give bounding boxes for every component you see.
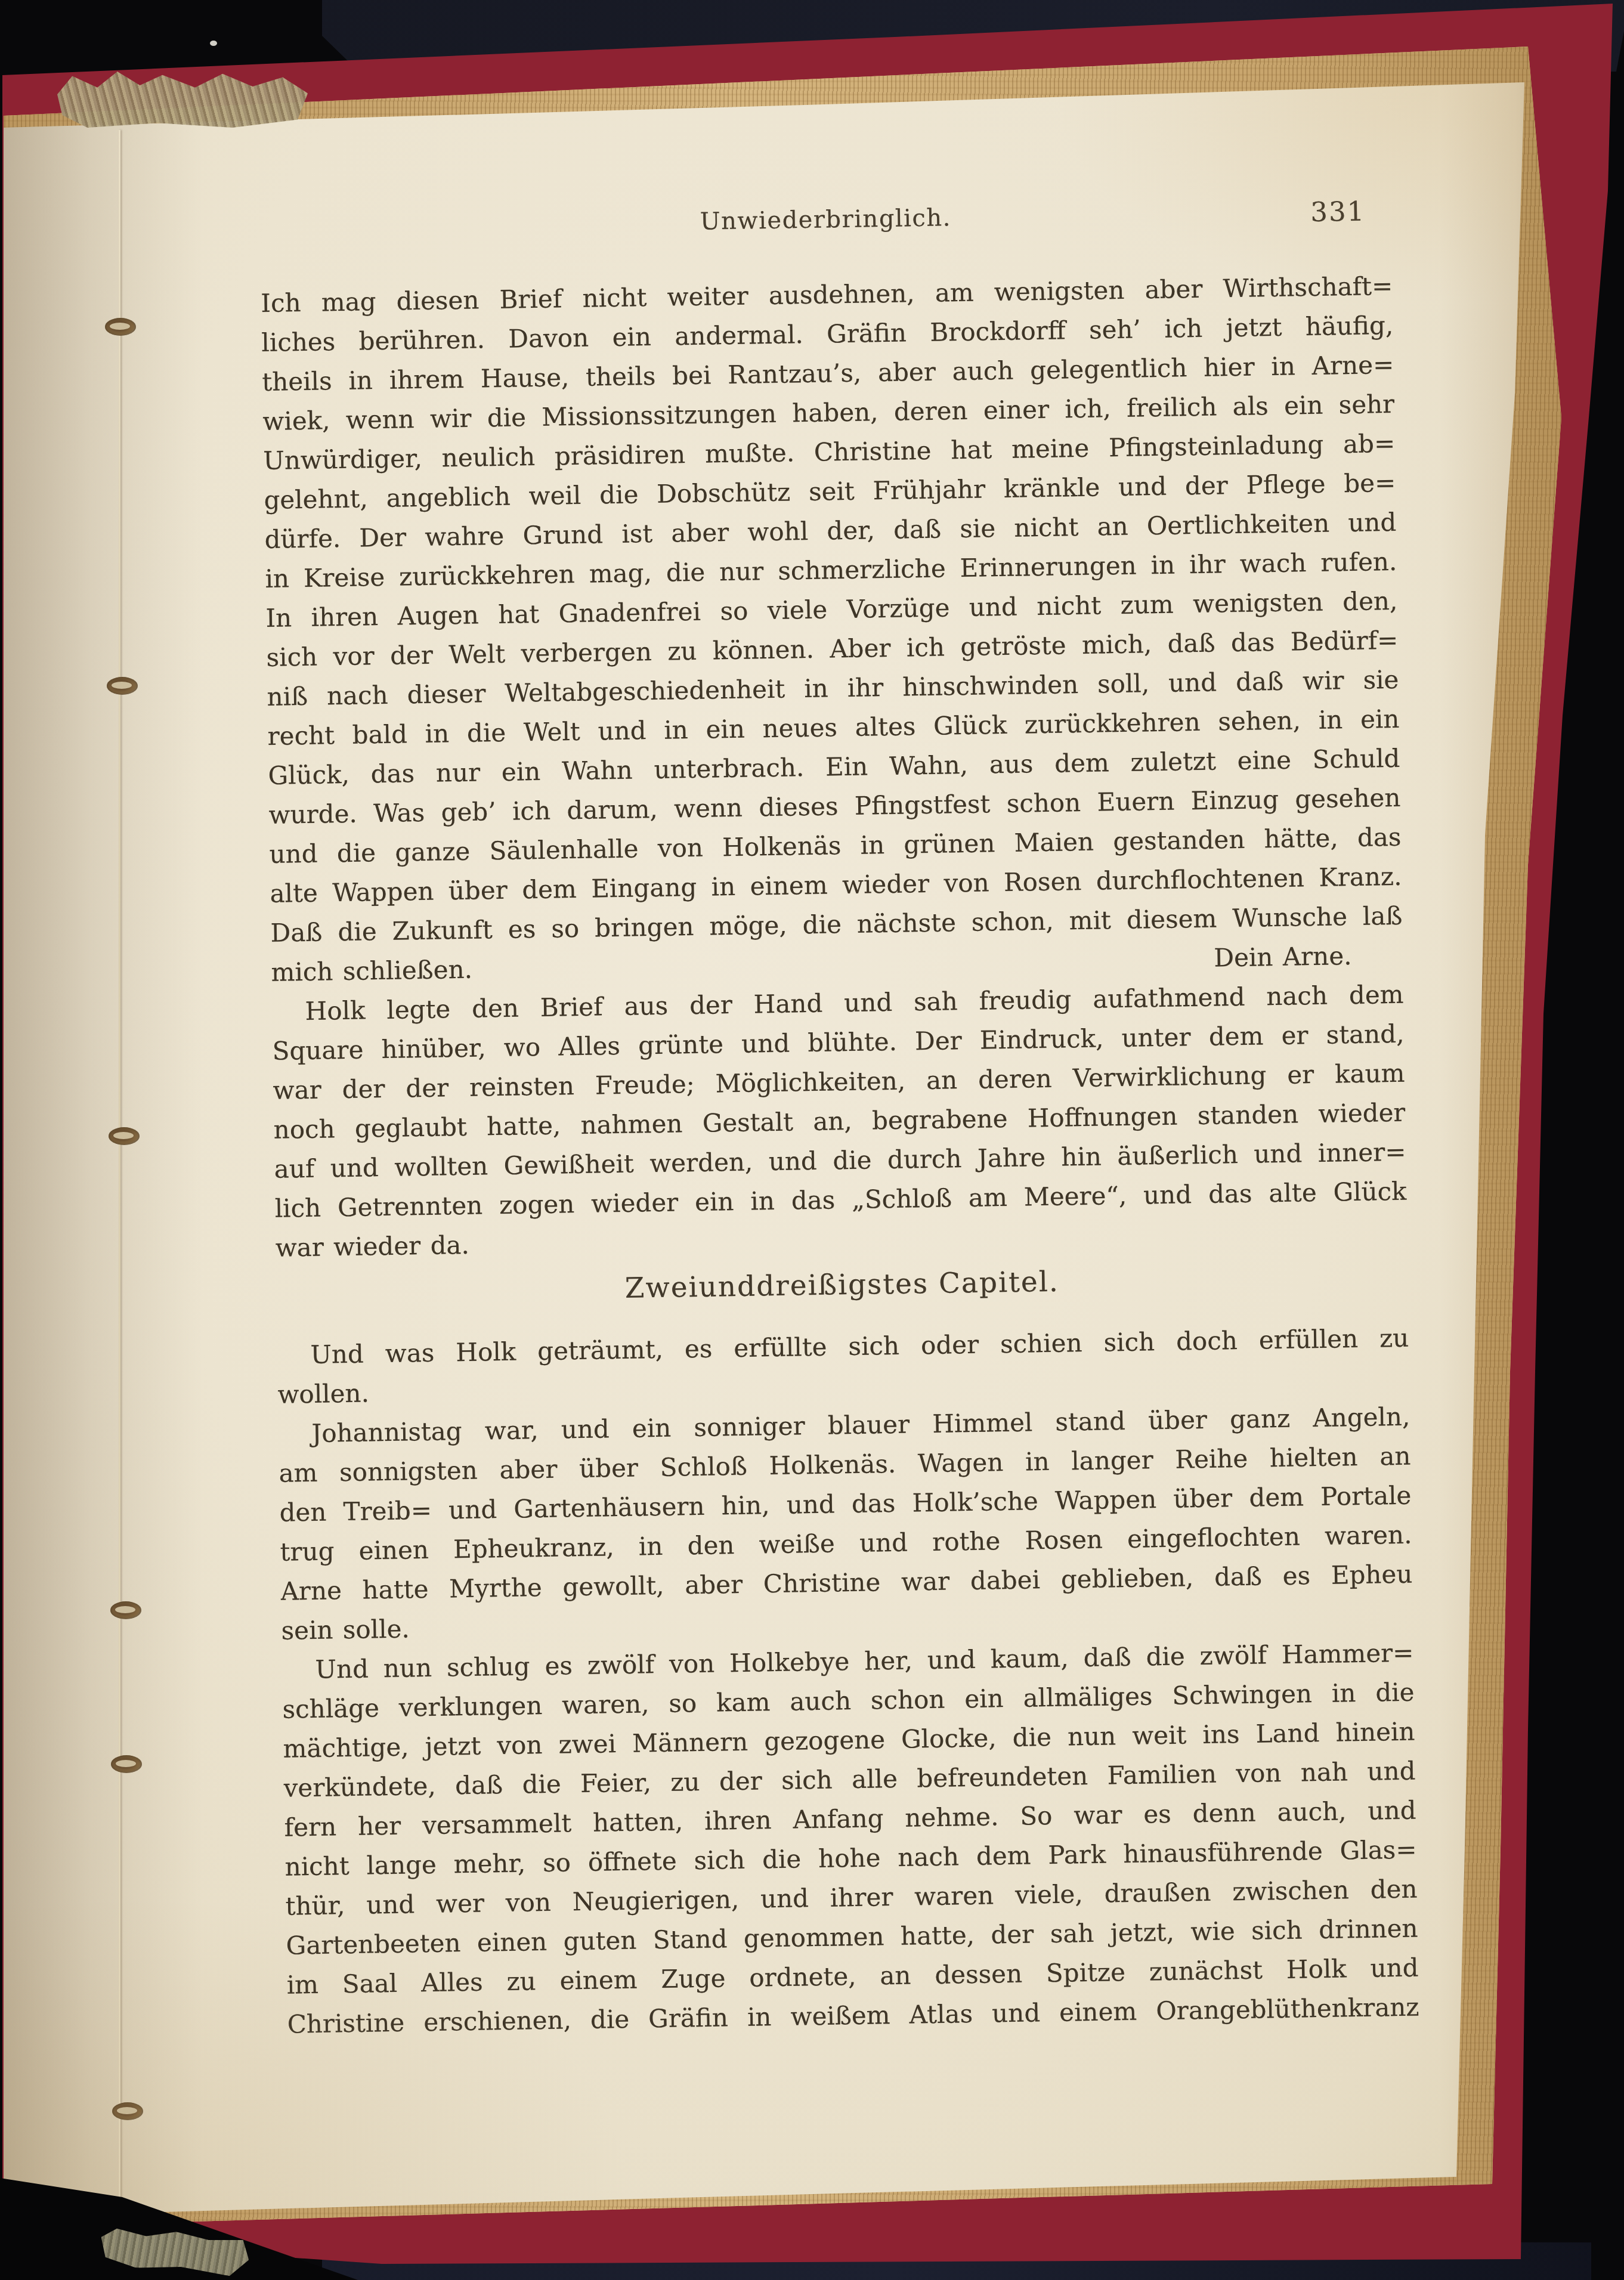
text-line: den Treib= und Gartenhäusern hin, und da… — [279, 1476, 1412, 1533]
text-line: recht bald in die Welt und in ein neues … — [267, 700, 1400, 756]
text-line: wurde. Was geb’ ich darum, wenn dieses P… — [268, 778, 1401, 835]
text-line: Daß die Zukunft es so bringen möge, die … — [270, 896, 1403, 953]
chapter-heading: Zweiunddreißigstes Capitel. — [276, 1259, 1408, 1312]
text-line: trug einen Epheukranz, in den weiße und … — [280, 1515, 1412, 1572]
text-line: In ihren Augen hat Gnadenfrei so viele V… — [265, 581, 1398, 638]
text-line: und die ganze Säulenhalle von Holkenäs i… — [269, 818, 1402, 874]
text-line: Johannistag war, und ein sonniger blauer… — [278, 1397, 1410, 1454]
printed-text-block: Unwiederbringlich. 331 Ich mag diesen Br… — [259, 195, 1419, 2044]
text-line: fern her versammelt hatten, ihren Anfang… — [284, 1791, 1416, 1848]
text-line: wollen. — [277, 1358, 1410, 1415]
gutter-shadow — [0, 107, 203, 2219]
text-line: niß nach dieser Weltabgeschiedenheit in … — [267, 660, 1399, 717]
text-line: Christine erschienen, die Gräfin in weiß… — [287, 1987, 1419, 2044]
letter-signature: Dein Arne. — [1214, 936, 1352, 978]
dust-speck — [210, 41, 217, 46]
text-line: Unwürdiger, neulich präsidiren mußte. Ch… — [263, 424, 1396, 481]
text-line: Und nun schlug es zwölf von Holkebye her… — [282, 1634, 1414, 1690]
text-line: noch geglaubt hatte, nahmen Gestalt an, … — [273, 1093, 1406, 1150]
letter-close-text: mich schließen. — [271, 950, 472, 992]
text-line: in Kreise zurückkehren mag, die nur schm… — [265, 542, 1397, 599]
text-line: verkündete, daß die Feier, zu der sich a… — [283, 1752, 1416, 1808]
binding-stitch-knot — [105, 318, 136, 336]
text-line: Und was Holk geträumt, es erfüllte sich … — [277, 1319, 1409, 1375]
text-line: wiek, wenn wir die Missionssitzungen hab… — [262, 385, 1395, 441]
text-line: Arne hatte Myrthe gewollt, aber Christin… — [280, 1555, 1413, 1611]
binding-stitch-knot — [107, 677, 138, 695]
page-number: 331 — [1310, 196, 1366, 228]
running-header: Unwiederbringlich. — [259, 195, 1392, 245]
text-line: liches berühren. Davon ein andermal. Grä… — [261, 306, 1394, 363]
text-line: mächtige, jetzt von zwei Männern gezogen… — [283, 1712, 1415, 1769]
text-line: Glück, das nur ein Wahn unterbrach. Ein … — [268, 739, 1400, 796]
text-line: nicht lange mehr, so öffnete sich die ho… — [284, 1830, 1417, 1887]
text-line: gelehnt, angeblich weil die Dobschütz se… — [264, 463, 1396, 520]
text-line: war wieder da. — [275, 1211, 1408, 1268]
text-line: schläge verklungen waren, so kam auch sc… — [282, 1673, 1415, 1730]
text-line: alte Wappen über dem Eingang in einem wi… — [270, 857, 1402, 914]
book-photo: Unwiederbringlich. 331 Ich mag diesen Br… — [0, 0, 1624, 2280]
text-line: mich schließen.Dein Arne. — [271, 936, 1403, 992]
text-line: Gartenbeeten einen guten Stand genommen … — [286, 1909, 1418, 1966]
text-line: im Saal Alles zu einem Zuge ordnete, an … — [286, 1948, 1419, 2005]
text-line: lich Getrennten zogen wieder ein in das … — [274, 1172, 1407, 1229]
text-line: am sonnigsten aber über Schloß Holkenäs.… — [279, 1437, 1411, 1493]
binding-stitch-knot — [109, 1127, 140, 1145]
text-line: theils in ihrem Hause, theils bei Rantza… — [262, 345, 1394, 402]
text-line: Square hinüber, wo Alles grünte und blüh… — [272, 1014, 1405, 1071]
text-line: sein solle. — [281, 1594, 1413, 1651]
text-line: auf und wollten Gewißheit werden, und di… — [274, 1133, 1406, 1189]
text-line: thür, und wer von Neugierigen, und ihrer… — [285, 1870, 1418, 1926]
text-line: Holk legte den Brief aus der Hand und sa… — [271, 975, 1404, 1032]
binding-stitch-knot — [112, 2102, 143, 2120]
binding-stitch-knot — [110, 1601, 141, 1619]
binding-stitch-knot — [111, 1755, 142, 1773]
text-line: dürfe. Der wahre Grund ist aber wohl der… — [264, 503, 1397, 559]
book-page: Unwiederbringlich. 331 Ich mag diesen Br… — [0, 0, 1624, 2280]
text-line: war der der reinsten Freude; Möglichkeit… — [273, 1054, 1405, 1110]
binding-thread — [119, 130, 120, 2205]
text-line: Ich mag diesen Brief nicht weiter ausdeh… — [261, 267, 1393, 323]
text-line: sich vor der Welt verbergen zu können. A… — [266, 621, 1399, 677]
text-column: Ich mag diesen Brief nicht weiter ausdeh… — [261, 267, 1419, 2044]
